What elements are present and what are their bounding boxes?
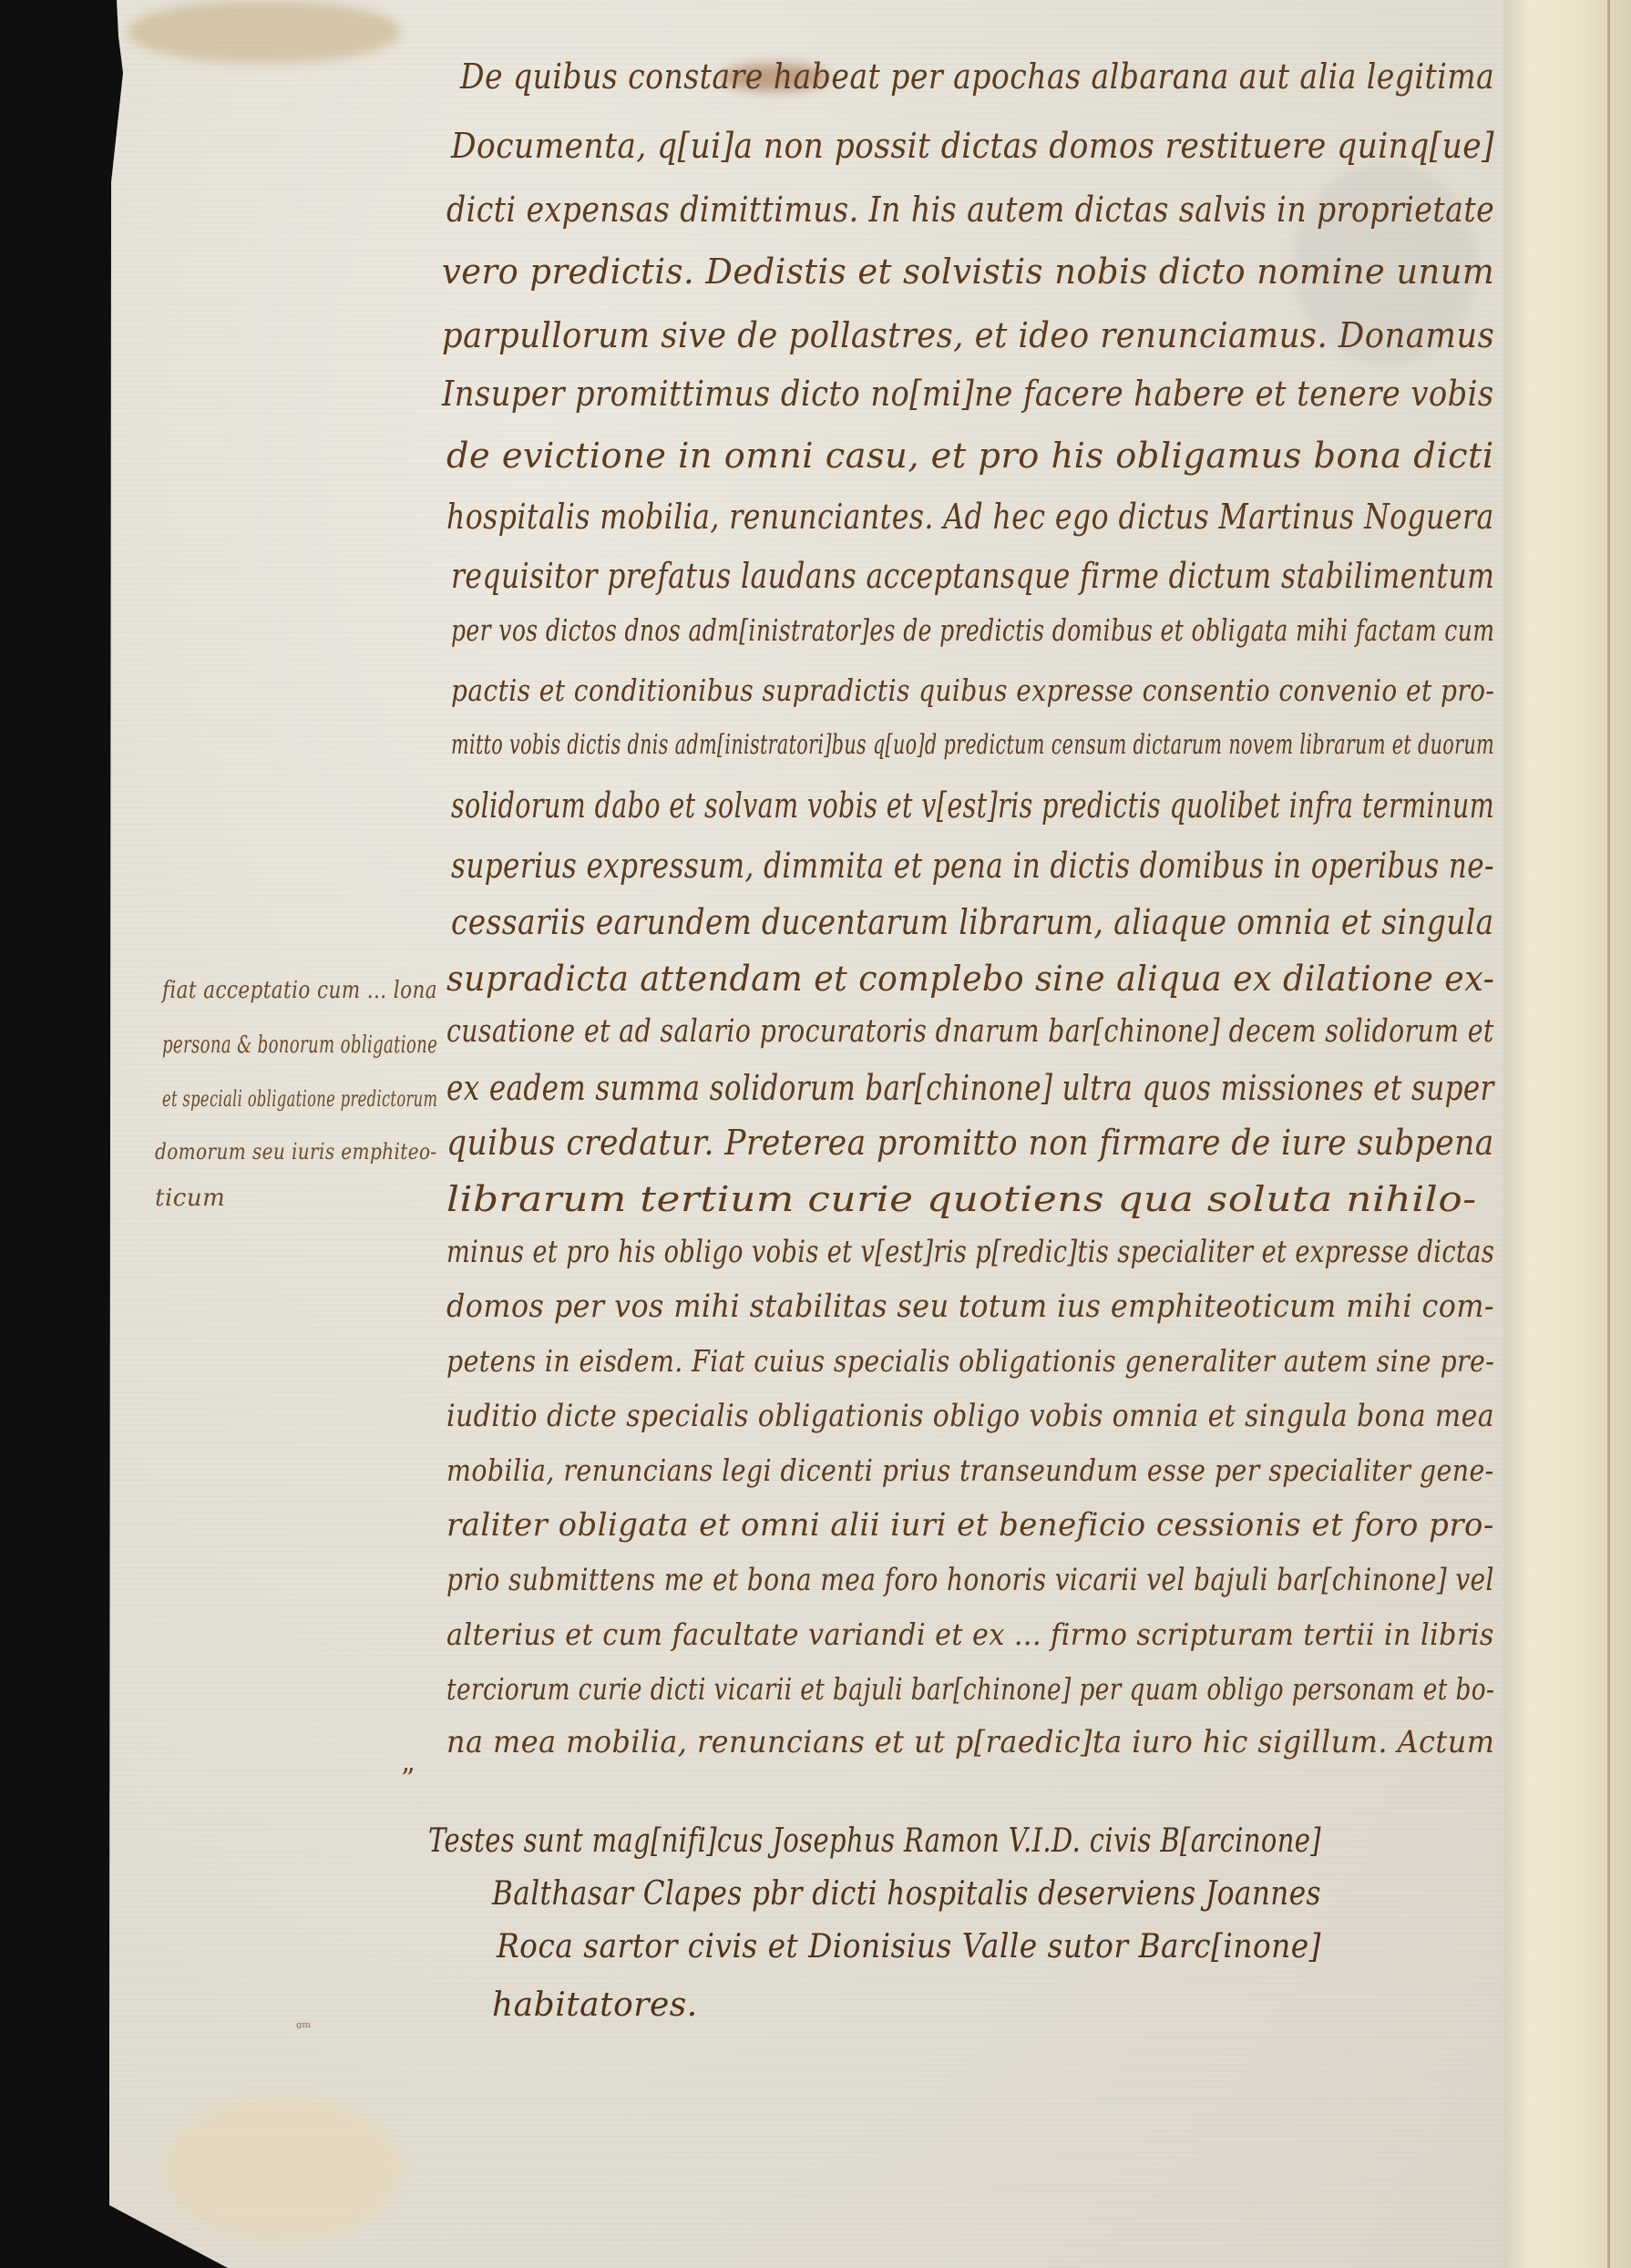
text-line: minus et pro his obligo vobis et v[est]r… [446, 1234, 1494, 1270]
text-line: quibus credatur. Preterea promitto non f… [446, 1123, 1494, 1163]
witness-line: Roca sartor civis et Dionisius Valle sut… [497, 1928, 1321, 1965]
text-line: supradicta attendam et complebo sine ali… [446, 959, 1494, 999]
text-line: Insuper promittimus dicto no[mi]ne facer… [442, 374, 1494, 414]
text-line: alterius et cum facultate variandi et ex… [446, 1616, 1494, 1652]
text-line: hospitalis mobilia, renunciantes. Ad hec… [446, 497, 1494, 537]
text-line: Documenta, q[ui]a non possit dictas domo… [451, 126, 1494, 166]
text-line: per vos dictos dnos adm[inistrator]es de… [451, 612, 1494, 648]
text-line: librarum tertium curie quotiens qua solu… [446, 1179, 1477, 1219]
text-line: terciorum curie dicti vicarii et bajuli … [446, 1671, 1494, 1707]
margin-line: persona & bonorum obligatione [162, 1031, 437, 1059]
text-line: vero predictis. Dedistis et solvistis no… [442, 251, 1494, 292]
text-line: parpullorum sive de pollastres, et ideo … [442, 315, 1494, 355]
margin-line: domorum seu iuris emphiteo- [155, 1139, 437, 1165]
text-line: de evictione in omni casu, et pro his ob… [446, 436, 1494, 476]
text-line: cusatione et ad salario procuratoris dna… [446, 1013, 1494, 1050]
text-line: cessariis earundem ducentarum librarum, … [451, 902, 1494, 942]
paper-stain [128, 0, 401, 64]
witness-line: habitatores. [492, 1986, 698, 2024]
text-line: mobilia, renuncians legi dicenti prius t… [446, 1452, 1494, 1488]
text-line: superius expressum, dimmita et pena in d… [451, 846, 1494, 886]
text-line: requisitor prefatus laudans acceptansque… [451, 556, 1494, 596]
text-line: De quibus constare habeat per apochas al… [460, 56, 1494, 97]
text-line: solidorum dabo et solvam vobis et v[est]… [451, 785, 1494, 826]
gutter-edge [1607, 0, 1610, 2268]
small-mark: ᵍᵐ [296, 2018, 311, 2036]
text-line: pactis et conditionibus supradictis quib… [451, 672, 1494, 708]
text-line: ex eadem summa solidorum bar[chinone] ul… [446, 1068, 1494, 1108]
text-line: mitto vobis dictis dnis adm[inistratori]… [451, 729, 1494, 761]
text-line: domos per vos mihi stabilitas seu totum … [446, 1288, 1494, 1325]
text-line: iuditio dicte specialis obligationis obl… [446, 1398, 1494, 1434]
paper-stain [164, 2096, 401, 2242]
witness-line: Testes sunt mag[nifi]cus Josephus Ramon … [428, 1822, 1321, 1860]
margin-line: ticum [155, 1185, 225, 1212]
book-gutter [1503, 0, 1631, 2268]
text-line: dicti expensas dimittimus. In his autem … [446, 190, 1494, 230]
witness-line: Balthasar Clapes pbr dicti hospitalis de… [492, 1875, 1321, 1913]
text-line: na mea mobilia, renuncians et ut p[raedi… [446, 1724, 1494, 1760]
text-line: raliter obligata et omni alii iuri et be… [446, 1507, 1494, 1544]
ink-blot-mark: ” [401, 1763, 415, 1795]
margin-line: et speciali obligatione predictorum [162, 1086, 437, 1112]
text-line: petens in eisdem. Fiat cuius specialis o… [446, 1343, 1494, 1379]
text-line: prio submittens me et bona mea foro hono… [446, 1562, 1494, 1598]
margin-line: fiat acceptatio cum ... lona [162, 977, 437, 1004]
